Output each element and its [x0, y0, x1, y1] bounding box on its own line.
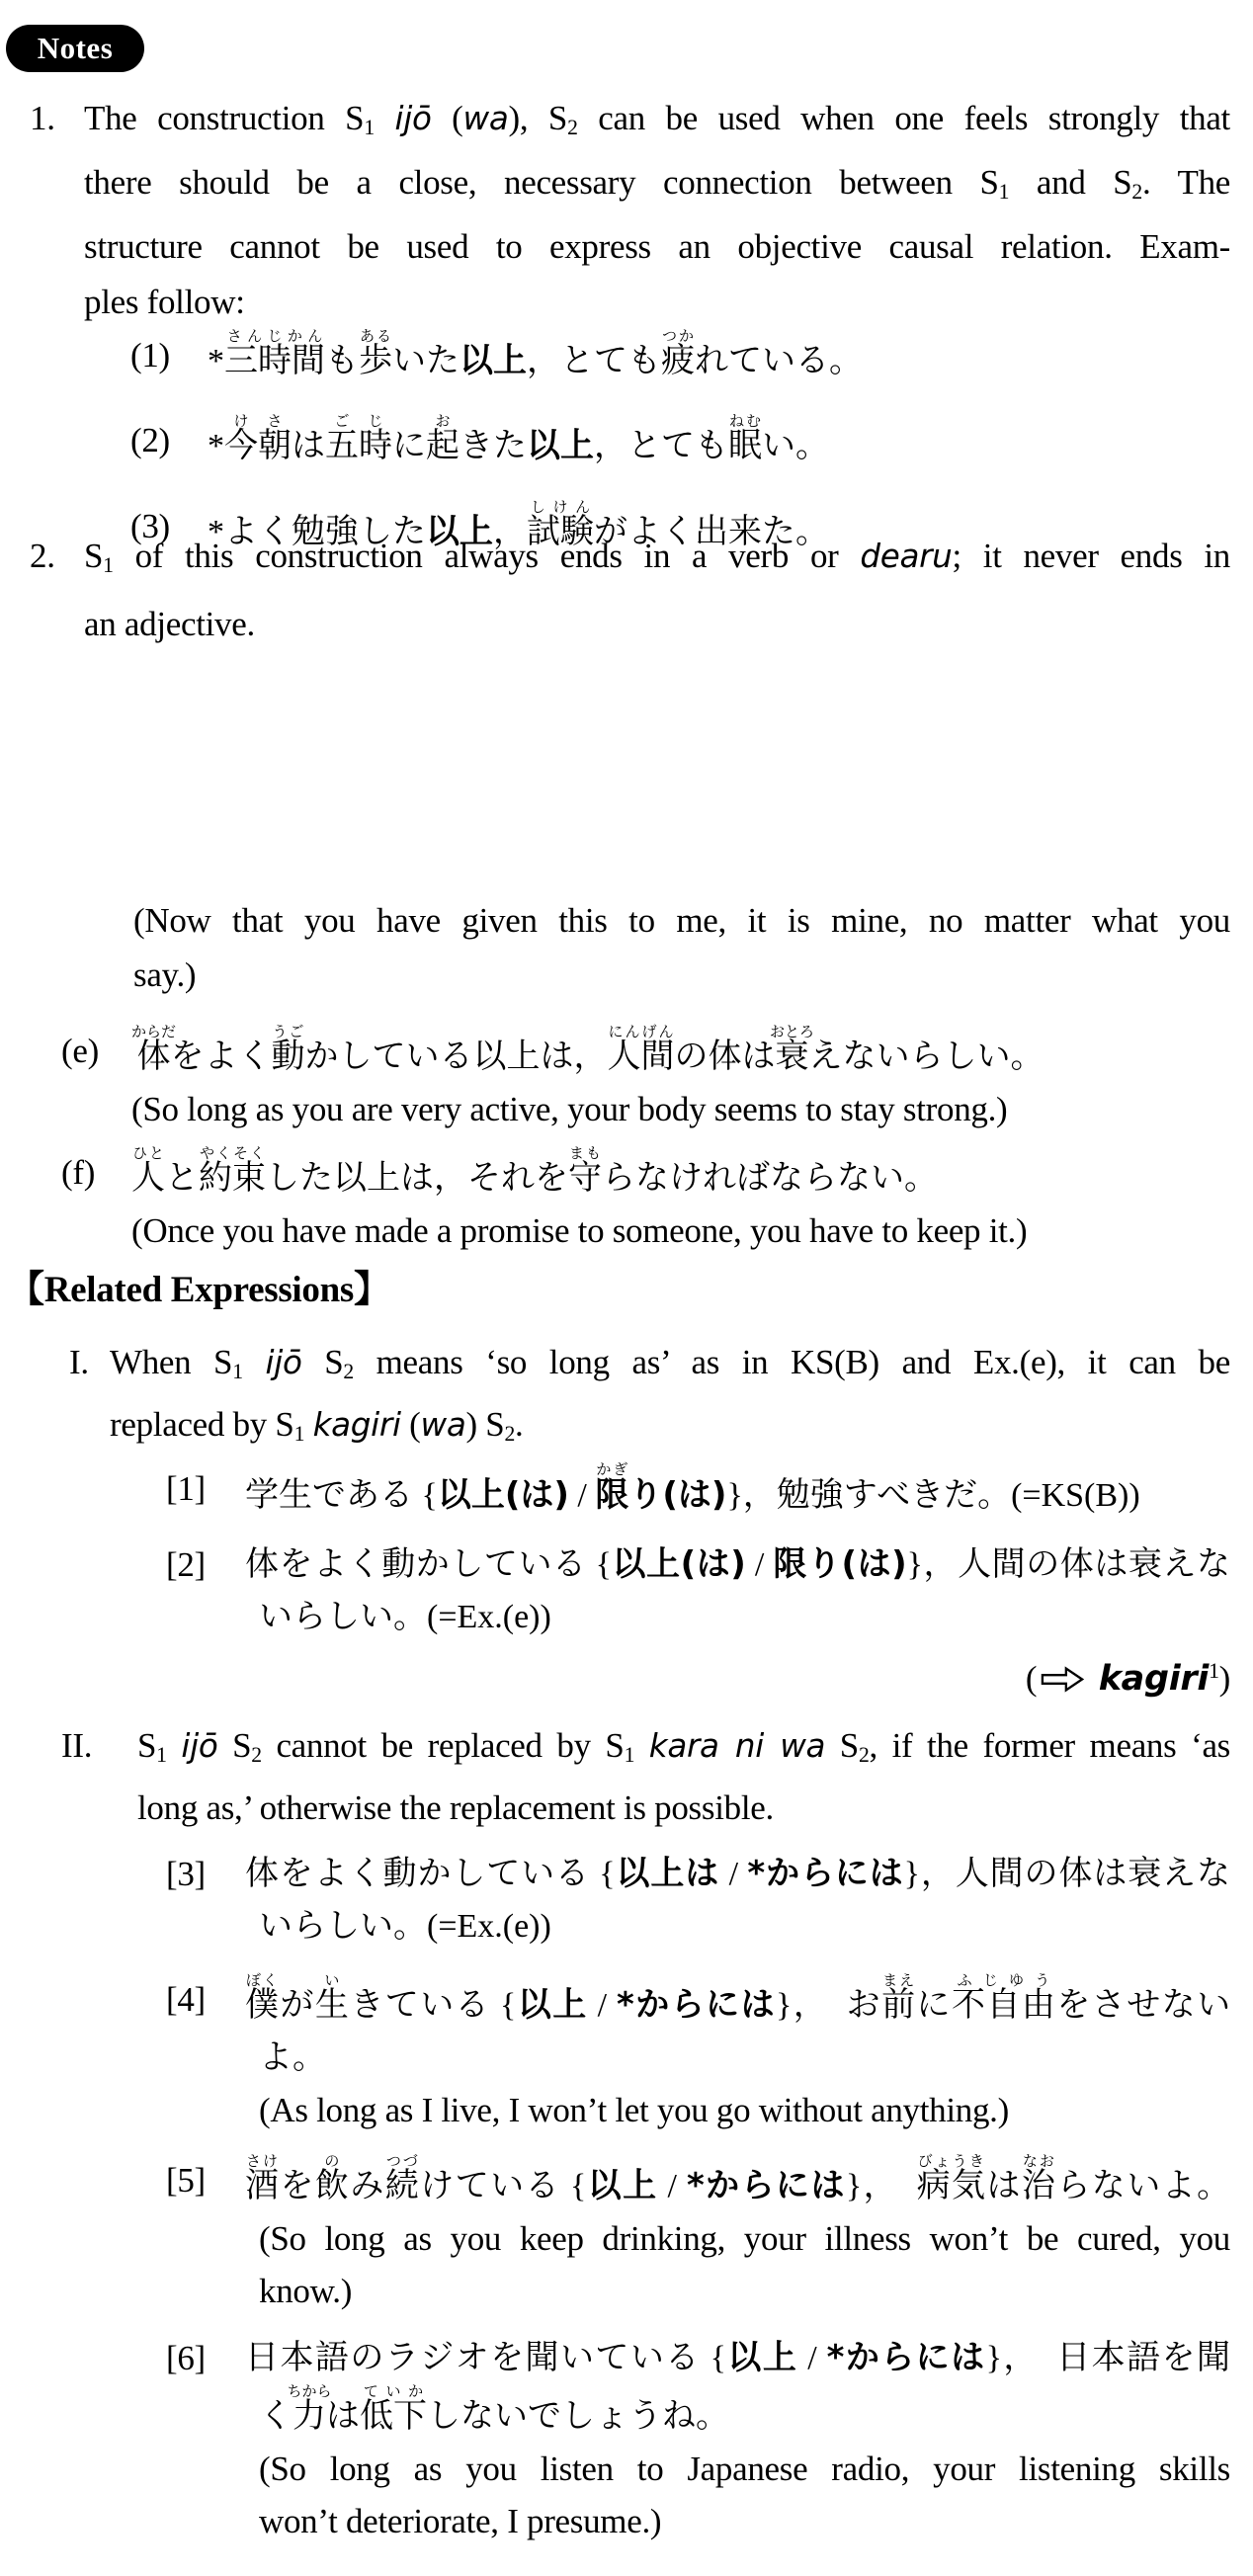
example-1-label: (1): [130, 329, 170, 381]
notes-badge-label: Notes: [38, 31, 114, 66]
related-item-II-line-2: long as,’ otherwise the replacement is p…: [137, 1782, 1230, 1834]
bracket-example-6-label: [6]: [166, 2332, 206, 2384]
translation-d-line-1: (Now that you have given this to me, it …: [133, 893, 1230, 948]
example-f-label: (f): [61, 1146, 95, 1199]
example-2-text: *今朝けさは五時ごじに起おきた以上，とても眠ねむい。: [208, 414, 1230, 472]
example-e-label: (e): [61, 1025, 99, 1077]
related-item-II: II.S1 ijō S2 cannot be replaced by S1 ka…: [0, 1719, 1253, 1834]
bracket-example-6-line-4: won’t deteriorate, I presume.): [259, 2495, 1230, 2547]
bracket-example-3: [3]体をよく動かしている {以上は / *からには}，人間の体は衰えないらしい…: [0, 1848, 1253, 1953]
example-e-text: 体からだをよく動うごかしている以上は，人間にんげんの体は衰おとろえないらしい。(…: [131, 1025, 1230, 1135]
example-2-line-1: *今朝けさは五時ごじに起おきた以上，とても眠ねむい。: [208, 414, 1230, 472]
related-item-I-label: I.: [69, 1336, 89, 1389]
cross-reference-text: ( kagiri1): [133, 1646, 1230, 1703]
bracket-example-4-line-2: よ。: [259, 2032, 1230, 2084]
example-1-text: *三時間さんじかんも歩あるいた以上，とても疲つかれている。: [208, 329, 1230, 387]
related-item-II-text: S1 ijō S2 cannot be replaced by S1 kara …: [137, 1719, 1230, 1834]
example-f: (f)人ひとと約束やくそくした以上は，それを守まもらなければならない。(Once…: [0, 1146, 1253, 1257]
related-item-I-text: When S1 ijō S2 means ‘so long as’ as in …: [110, 1336, 1230, 1460]
example-e: (e)体からだをよく動うごかしている以上は，人間にんげんの体は衰おとろえないらし…: [0, 1025, 1253, 1135]
bracket-example-5-label: [5]: [166, 2154, 206, 2206]
bracket-example-3-line-1: 体をよく動かしている {以上は / *からには}，人間の体は衰えな: [245, 1848, 1230, 1900]
related-expressions-header: 【Related Expressions】: [0, 1269, 1253, 1312]
example-e-line-1: 体からだをよく動うごかしている以上は，人間にんげんの体は衰おとろえないらしい。: [131, 1025, 1230, 1083]
related-expressions-header-line-1: 【Related Expressions】: [8, 1269, 1230, 1312]
bracket-example-2-line-1: 体をよく動かしている {以上(は) / 限り(は)}，人間の体は衰えな: [245, 1538, 1230, 1591]
notes-badge: Notes: [6, 25, 144, 72]
note-2-line-2: an adjective.: [84, 595, 1230, 654]
related-item-I: I.When S1 ijō S2 means ‘so long as’ as i…: [0, 1336, 1253, 1460]
note-2-text: S1 of this construction always ends in a…: [84, 527, 1230, 654]
bracket-example-5-line-3: know.): [259, 2265, 1230, 2317]
bracket-example-4-label: [4]: [166, 1973, 206, 2026]
example-f-line-2: (Once you have made a promise to someone…: [131, 1205, 1230, 1257]
example-f-text: 人ひとと約束やくそくした以上は，それを守まもらなければならない。(Once yo…: [131, 1146, 1230, 1257]
example-1-line-1: *三時間さんじかんも歩あるいた以上，とても疲つかれている。: [208, 329, 1230, 387]
bracket-example-2-label: [2]: [166, 1538, 206, 1591]
bracket-example-2-line-2: いらしい。(=Ex.(e)): [259, 1591, 1230, 1643]
bracket-example-4-line-3: (As long as I live, I won’t let you go w…: [259, 2084, 1230, 2136]
cross-reference-line-1: ( kagiri1): [133, 1646, 1230, 1703]
example-2-label: (2): [130, 414, 170, 466]
translation-d-line-2: say.): [133, 948, 1230, 1002]
bracket-example-6: [6]日本語のラジオを聞いている {以上 / *からには}， 日本語を聞く力ちか…: [0, 2332, 1253, 2547]
bracket-example-1-line-1: 学生である {以上(は) / 限かぎり(は)}，勉強すべきだ。(=KS(B)): [245, 1462, 1230, 1522]
bracket-example-2: [2]体をよく動かしている {以上(は) / 限り(は)}，人間の体は衰えないら…: [0, 1538, 1253, 1643]
bracket-example-5-text: 酒さけを飲のみ続つづけている {以上 / *からには}， 病気びょうきは治なおら…: [245, 2154, 1230, 2317]
bracket-example-4-text: 僕ぼくが生いきている {以上 / *からには}， お前まえに不自由ふじゆうをさせ…: [245, 1973, 1230, 2136]
note-2-label: 2.: [30, 527, 55, 586]
related-item-I-line-2: replaced by S1 kagiri (wa) S2.: [110, 1398, 1230, 1460]
example-e-line-2: (So long as you are very active, your bo…: [131, 1083, 1230, 1135]
cross-reference-arrow-icon: [1041, 1666, 1084, 1693]
bracket-example-4: [4]僕ぼくが生いきている {以上 / *からには}， お前まえに不自由ふじゆう…: [0, 1973, 1253, 2136]
note-1: 1.The construction S1 ijō (wa), S2 can b…: [0, 91, 1253, 330]
note-1-line-4: ples follow:: [84, 275, 1230, 330]
bracket-example-6-line-3: (So long as you listen to Japanese radio…: [259, 2443, 1230, 2495]
note-1-line-3: structure cannot be used to express an o…: [84, 219, 1230, 275]
related-expressions-header-text: 【Related Expressions】: [8, 1269, 1230, 1312]
related-item-I-line-1: When S1 ijō S2 means ‘so long as’ as in …: [110, 1336, 1230, 1398]
translation-d-text: (Now that you have given this to me, it …: [133, 893, 1230, 1002]
note-1-label: 1.: [30, 91, 55, 146]
example-f-line-1: 人ひとと約束やくそくした以上は，それを守まもらなければならない。: [131, 1146, 1230, 1205]
bracket-example-2-text: 体をよく動かしている {以上(は) / 限り(は)}，人間の体は衰えないらしい。…: [245, 1538, 1230, 1643]
bracket-example-1-label: [1]: [166, 1462, 206, 1515]
example-1: (1)*三時間さんじかんも歩あるいた以上，とても疲つかれている。: [0, 329, 1253, 387]
note-2: 2.S1 of this construction always ends in…: [0, 527, 1253, 654]
related-item-II-line-1: S1 ijō S2 cannot be replaced by S1 kara …: [137, 1719, 1230, 1782]
bracket-example-5-line-1: 酒さけを飲のみ続つづけている {以上 / *からには}， 病気びょうきは治なおら…: [245, 2154, 1230, 2212]
translation-d: (Now that you have given this to me, it …: [0, 893, 1253, 1002]
bracket-example-5: [5]酒さけを飲のみ続つづけている {以上 / *からには}， 病気びょうきは治…: [0, 2154, 1253, 2317]
bracket-example-3-label: [3]: [166, 1848, 206, 1900]
bracket-example-6-line-2: く力ちからは低下ていかしないでしょうね。: [259, 2384, 1230, 2443]
bracket-example-5-line-2: (So long as you keep drinking, your illn…: [259, 2212, 1230, 2265]
bracket-example-6-line-1: 日本語のラジオを聞いている {以上 / *からには}， 日本語を聞: [245, 2332, 1230, 2384]
related-item-II-label: II.: [61, 1719, 92, 1772]
bracket-example-3-line-2: いらしい。(=Ex.(e)): [259, 1900, 1230, 1953]
note-1-line-2: there should be a close, necessary conne…: [84, 155, 1230, 219]
cross-reference: ( kagiri1): [0, 1646, 1253, 1703]
note-2-line-1: S1 of this construction always ends in a…: [84, 527, 1230, 595]
page: Notes 1.The construction S1 ijō (wa), S2…: [0, 0, 1253, 2576]
bracket-example-1-text: 学生である {以上(は) / 限かぎり(は)}，勉強すべきだ。(=KS(B)): [245, 1462, 1230, 1522]
bracket-example-3-text: 体をよく動かしている {以上は / *からには}，人間の体は衰えないらしい。(=…: [245, 1848, 1230, 1953]
example-2: (2)*今朝けさは五時ごじに起おきた以上，とても眠ねむい。: [0, 414, 1253, 472]
note-1-text: The construction S1 ijō (wa), S2 can be …: [84, 91, 1230, 330]
bracket-example-6-text: 日本語のラジオを聞いている {以上 / *からには}， 日本語を聞く力ちからは低…: [245, 2332, 1230, 2547]
bracket-example-4-line-1: 僕ぼくが生いきている {以上 / *からには}， お前まえに不自由ふじゆうをさせ…: [245, 1973, 1230, 2032]
bracket-example-1: [1]学生である {以上(は) / 限かぎり(は)}，勉強すべきだ。(=KS(B…: [0, 1462, 1253, 1522]
note-1-line-1: The construction S1 ijō (wa), S2 can be …: [84, 91, 1230, 155]
